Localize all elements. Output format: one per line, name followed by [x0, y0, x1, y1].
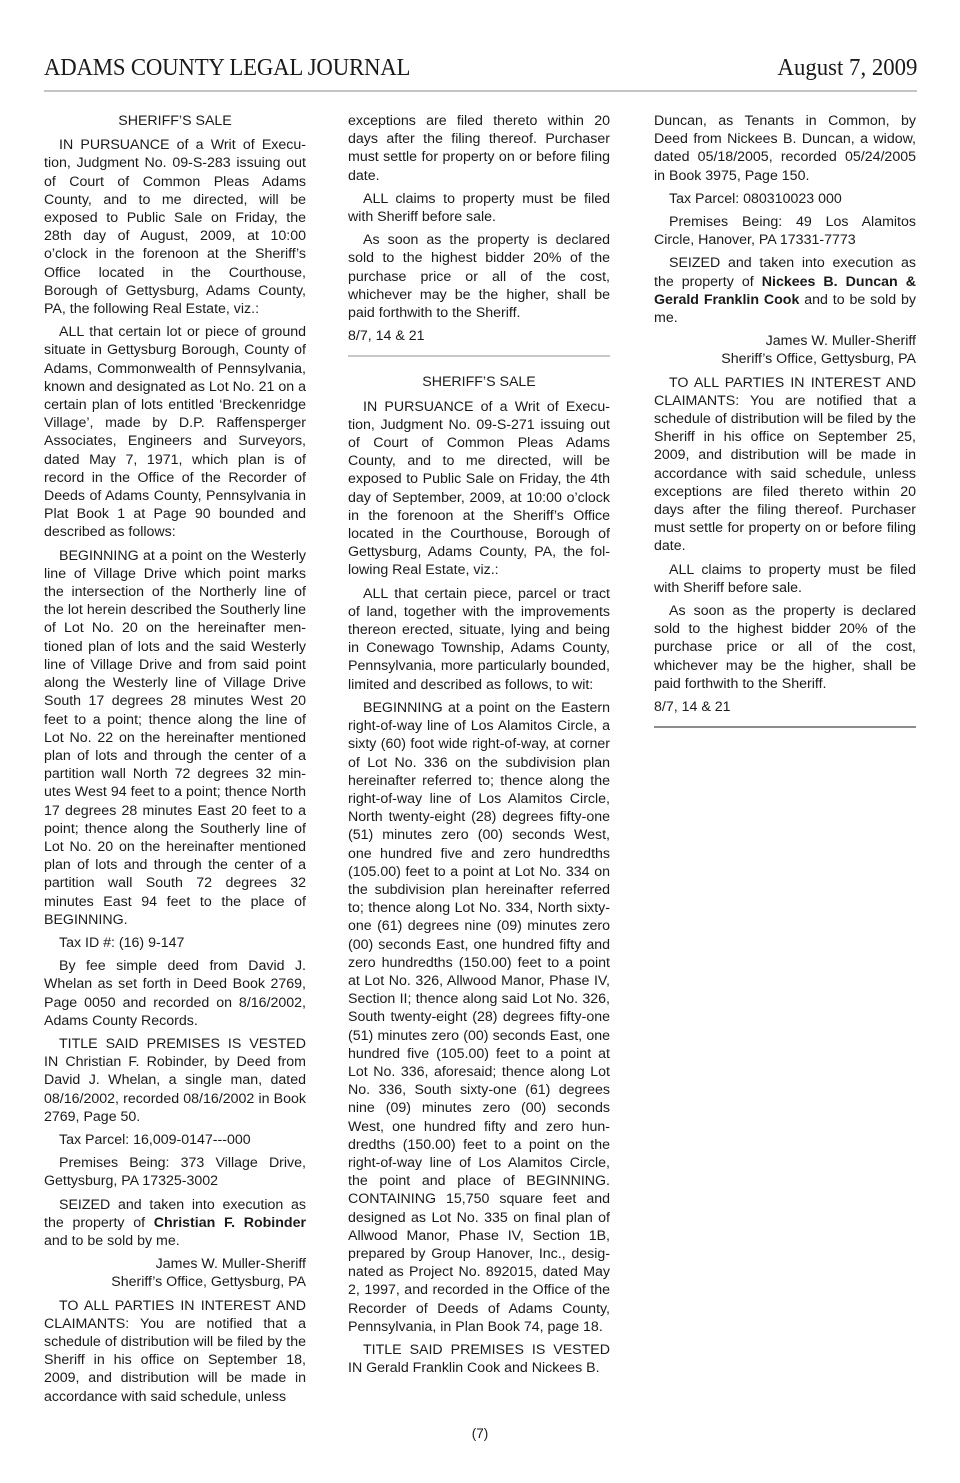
claims-notice: ALL claims to property must be filed wit…: [654, 561, 916, 597]
page-number: (7): [0, 1426, 960, 1441]
tax-parcel: Tax Parcel: 080310023 000: [654, 190, 916, 208]
notice-separator: [654, 726, 916, 728]
payment-terms: As soon as the property is declared sold…: [654, 602, 916, 693]
metes-and-bounds: BEGINNING at a point on the Eastern righ…: [348, 699, 610, 1336]
title-vested: TITLE SAID PREMISES IS VESTED IN Gerald …: [348, 1341, 610, 1377]
continuation-text: exceptions are filed thereto within 20 d…: [348, 112, 610, 185]
column-2: exceptions are filed thereto within 20 d…: [348, 112, 610, 1382]
issue-date: August 7, 2009: [777, 54, 917, 82]
premises-address: Premises Being: 49 Los Alamitos Circle, …: [654, 213, 916, 249]
publication-dates: 8/7, 14 & 21: [654, 698, 916, 716]
seized-statement: SEIZED and taken into execution as the p…: [654, 254, 916, 327]
notice-heading: SHERIFF’S SALE: [44, 112, 306, 130]
notice-separator: [348, 355, 610, 357]
sheriff-name: James W. Muller-Sheriff: [44, 1255, 306, 1273]
notice-heading: SHERIFF’S SALE: [348, 373, 610, 391]
sheriff-name: James W. Muller-Sheriff: [654, 332, 916, 350]
pursuance-paragraph: IN PURSUANCE of a Writ of Execu­tion, Ju…: [44, 136, 306, 318]
page-header: ADAMS COUNTY LEGAL JOURNAL August 7, 200…: [44, 50, 917, 90]
deed-reference: By fee simple deed from David J. Whelan …: [44, 957, 306, 1030]
seized-statement: SEIZED and taken into execution as the p…: [44, 1196, 306, 1251]
property-description: ALL that certain piece, parcel or tract …: [348, 585, 610, 694]
sheriff-office: Sheriff’s Office, Gettysburg, PA: [654, 350, 916, 368]
sheriff-office: Sheriff’s Office, Gettysburg, PA: [44, 1273, 306, 1291]
column-1: SHERIFF’S SALE IN PURSUANCE of a Writ of…: [44, 112, 306, 1411]
parties-notice: TO ALL PARTIES IN INTEREST AND CLAIMANTS…: [44, 1297, 306, 1406]
parties-notice: TO ALL PARTIES IN INTEREST AND CLAIMANTS…: [654, 374, 916, 556]
pursuance-paragraph: IN PURSUANCE of a Writ of Execu­tion, Ju…: [348, 398, 610, 580]
journal-title: ADAMS COUNTY LEGAL JOURNAL: [44, 54, 410, 82]
column-3: Duncan, as Tenants in Common, by Deed fr…: [654, 112, 916, 744]
publication-dates: 8/7, 14 & 21: [348, 327, 610, 345]
tax-parcel: Tax Parcel: 16,009-0147---000: [44, 1131, 306, 1149]
seized-suffix: and to be sold by me.: [44, 1233, 180, 1249]
premises-address: Premises Being: 373 Village Drive, Getty…: [44, 1154, 306, 1190]
tax-id: Tax ID #: (16) 9-147: [44, 934, 306, 952]
property-description: ALL that certain lot or piece of ground …: [44, 323, 306, 541]
payment-terms: As soon as the property is declared sold…: [348, 231, 610, 322]
metes-and-bounds: BEGINNING at a point on the Westerly lin…: [44, 547, 306, 929]
claims-notice: ALL claims to property must be filed wit…: [348, 190, 610, 226]
header-rule: [44, 90, 917, 92]
continuation-text: Duncan, as Tenants in Common, by Deed fr…: [654, 112, 916, 185]
seized-owner: Christian F. Robinder: [154, 1215, 306, 1231]
title-vested: TITLE SAID PREMISES IS VESTED IN Christi…: [44, 1035, 306, 1126]
